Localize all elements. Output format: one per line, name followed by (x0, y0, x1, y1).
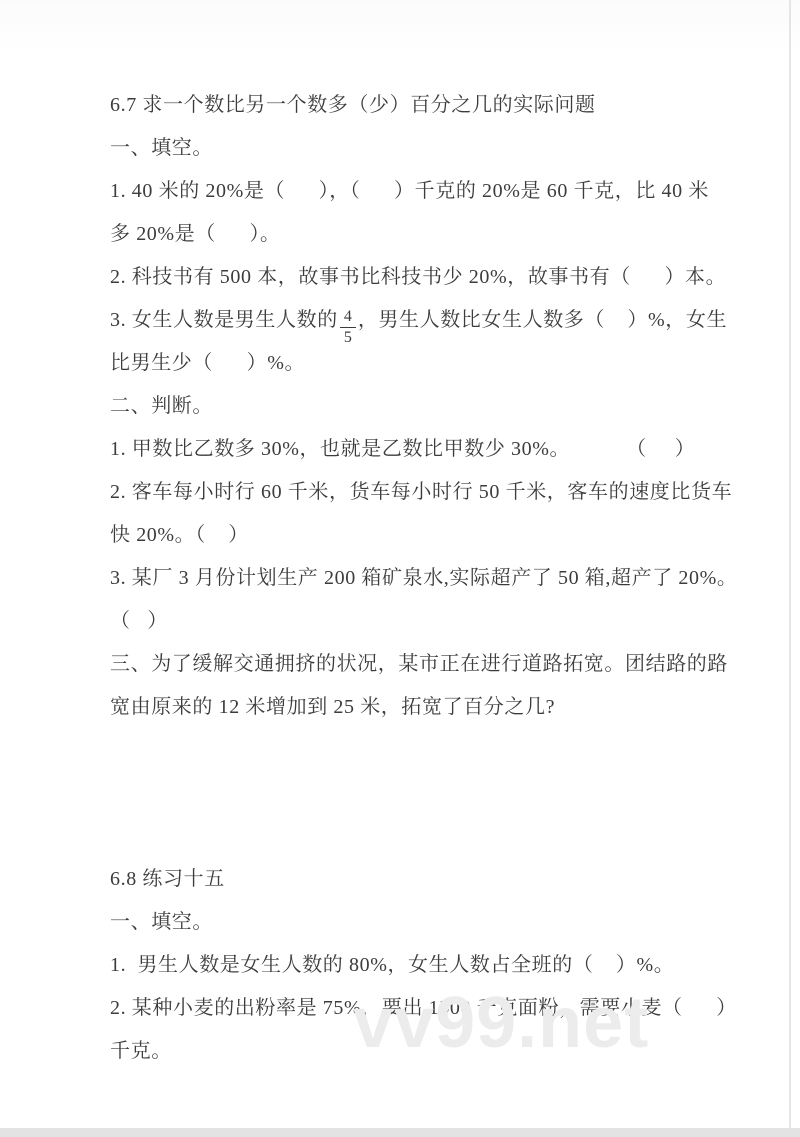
section-68-fill-problem-1: 1. 男生人数是女生人数的 80%，女生人数占全班的（ ）%。 (110, 944, 710, 987)
section-67-part3-line-1: 三、为了缓解交通拥挤的状况，某市正在进行道路拓宽。团结路的路 (110, 643, 710, 686)
fill-problem-3-line-1: 3. 女生人数是男生人数的45，男生人数比女生人数多（ ）%，女生 (110, 299, 710, 342)
judge-problem-1: 1. 甲数比乙数多 30%，也就是乙数比甲数少 30%。 （ ） (110, 428, 710, 471)
fill-problem-3-pre-text: 3. 女生人数是男生人数的 (110, 309, 338, 331)
worksheet-page: 6.7 求一个数比另一个数多（少）百分之几的实际问题 一、填空。 1. 40 米… (0, 0, 800, 1137)
judge-problem-2-line-1: 2. 客车每小时行 60 千米，货车每小时行 50 千米，客车的速度比货车 (110, 471, 710, 514)
fill-problem-1-line-1: 1. 40 米的 20%是（ ），（ ）千克的 20%是 60 千克，比 40 … (110, 170, 710, 213)
blank-space (110, 729, 710, 772)
judge-problem-2-line-2: 快 20%。（ ） (110, 514, 710, 557)
fill-problem-3-line-2: 比男生少（ ）%。 (110, 342, 710, 385)
section-67-heading: 6.7 求一个数比另一个数多（少）百分之几的实际问题 (110, 84, 710, 127)
fraction-numerator: 4 (340, 308, 356, 328)
page-right-edge-divider (789, 0, 791, 1128)
watermark: vv99.net (353, 982, 649, 1064)
blank-space (110, 815, 710, 858)
section-67-part1-label: 一、填空。 (110, 127, 710, 170)
fill-problem-3-post-text: ，男生人数比女生人数多（ ）%，女生 (358, 309, 727, 331)
section-67-part2-label: 二、判断。 (110, 385, 710, 428)
blank-space (110, 772, 710, 815)
section-67-part3-line-2: 宽由原来的 12 米增加到 25 米，拓宽了百分之几? (110, 686, 710, 729)
page-bottom-bar (0, 1128, 800, 1137)
section-68-heading: 6.8 练习十五 (110, 858, 710, 901)
fraction-four-fifths: 45 (340, 308, 356, 348)
worksheet-content: 6.7 求一个数比另一个数多（少）百分之几的实际问题 一、填空。 1. 40 米… (110, 84, 710, 1073)
judge-problem-3-line-1: 3. 某厂 3 月份计划生产 200 箱矿泉水,实际超产了 50 箱,超产了 2… (110, 557, 710, 600)
section-68-part1-label: 一、填空。 (110, 901, 710, 944)
fill-problem-1-line-2: 多 20%是（ ）。 (110, 213, 710, 256)
fraction-denominator: 5 (340, 328, 356, 347)
judge-problem-3-line-2: （ ） (110, 600, 710, 643)
fill-problem-2: 2. 科技书有 500 本，故事书比科技书少 20%，故事书有（ ）本。 (110, 256, 710, 299)
